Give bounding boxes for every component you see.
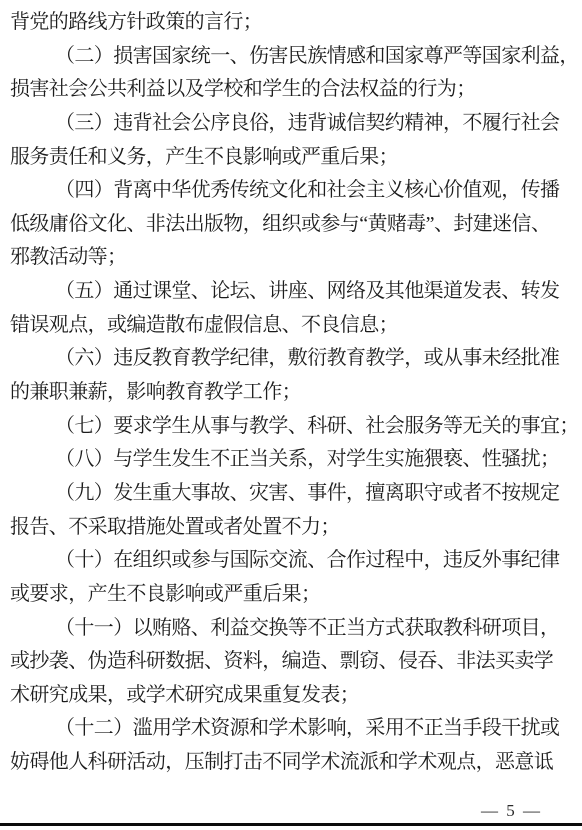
text-line: （八）与学生发生不正当关系，对学生实施猥亵、性骚扰； xyxy=(10,443,574,477)
text-line: 低级庸俗文化、非法出版物，组织或参与“黄赌毒”、封建迷信、 xyxy=(10,208,574,242)
text-line: （九）发生重大事故、灾害、事件，擅离职守或者不按规定 xyxy=(10,477,574,511)
text-line: （二）损害国家统一、伤害民族情感和国家尊严等国家利益， xyxy=(10,40,574,74)
document-page: 背党的路线方针政策的言行；（二）损害国家统一、伤害民族情感和国家尊严等国家利益，… xyxy=(0,0,582,830)
page-number: — 5 — xyxy=(481,801,542,821)
text-line: 妨碍他人科研活动，压制打击不同学术流派和学术观点，恶意诋 xyxy=(10,746,574,780)
text-line: 服务责任和义务，产生不良影响或严重后果； xyxy=(10,141,574,175)
text-line: 报告、不采取措施处置或者处置不力； xyxy=(10,511,574,545)
text-line: （四）背离中华优秀传统文化和社会主义核心价值观，传播 xyxy=(10,174,574,208)
text-line: 或抄袭、伪造科研数据、资料，编造、剽窃、侵吞、非法买卖学 xyxy=(10,645,574,679)
text-line: 或要求，产生不良影响或严重后果； xyxy=(10,578,574,612)
text-line: 邪教活动等； xyxy=(10,241,574,275)
text-line: 损害社会公共利益以及学校和学生的合法权益的行为； xyxy=(10,73,574,107)
text-line: （十）在组织或参与国际交流、合作过程中，违反外事纪律 xyxy=(10,544,574,578)
page-bottom-rule xyxy=(0,823,582,826)
text-line: （六）违反教育教学纪律，敷衍教育教学，或从事未经批准 xyxy=(10,342,574,376)
text-line: （十二）滥用学术资源和学术影响，采用不正当手段干扰或 xyxy=(10,712,574,746)
text-line: 背党的路线方针政策的言行； xyxy=(10,6,574,40)
text-line: 的兼职兼薪，影响教育教学工作； xyxy=(10,376,574,410)
text-line: （七）要求学生从事与教学、科研、社会服务等无关的事宜； xyxy=(10,410,574,444)
text-line: 错误观点，或编造散布虚假信息、不良信息； xyxy=(10,309,574,343)
text-line: （五）通过课堂、论坛、讲座、网络及其他渠道发表、转发 xyxy=(10,275,574,309)
text-line: （三）违背社会公序良俗，违背诚信契约精神，不履行社会 xyxy=(10,107,574,141)
text-line: 术研究成果，或学术研究成果重复发表； xyxy=(10,679,574,713)
document-text: 背党的路线方针政策的言行；（二）损害国家统一、伤害民族情感和国家尊严等国家利益，… xyxy=(10,6,574,780)
text-line: （十一）以贿赂、利益交换等不正当方式获取教科研项目， xyxy=(10,612,574,646)
